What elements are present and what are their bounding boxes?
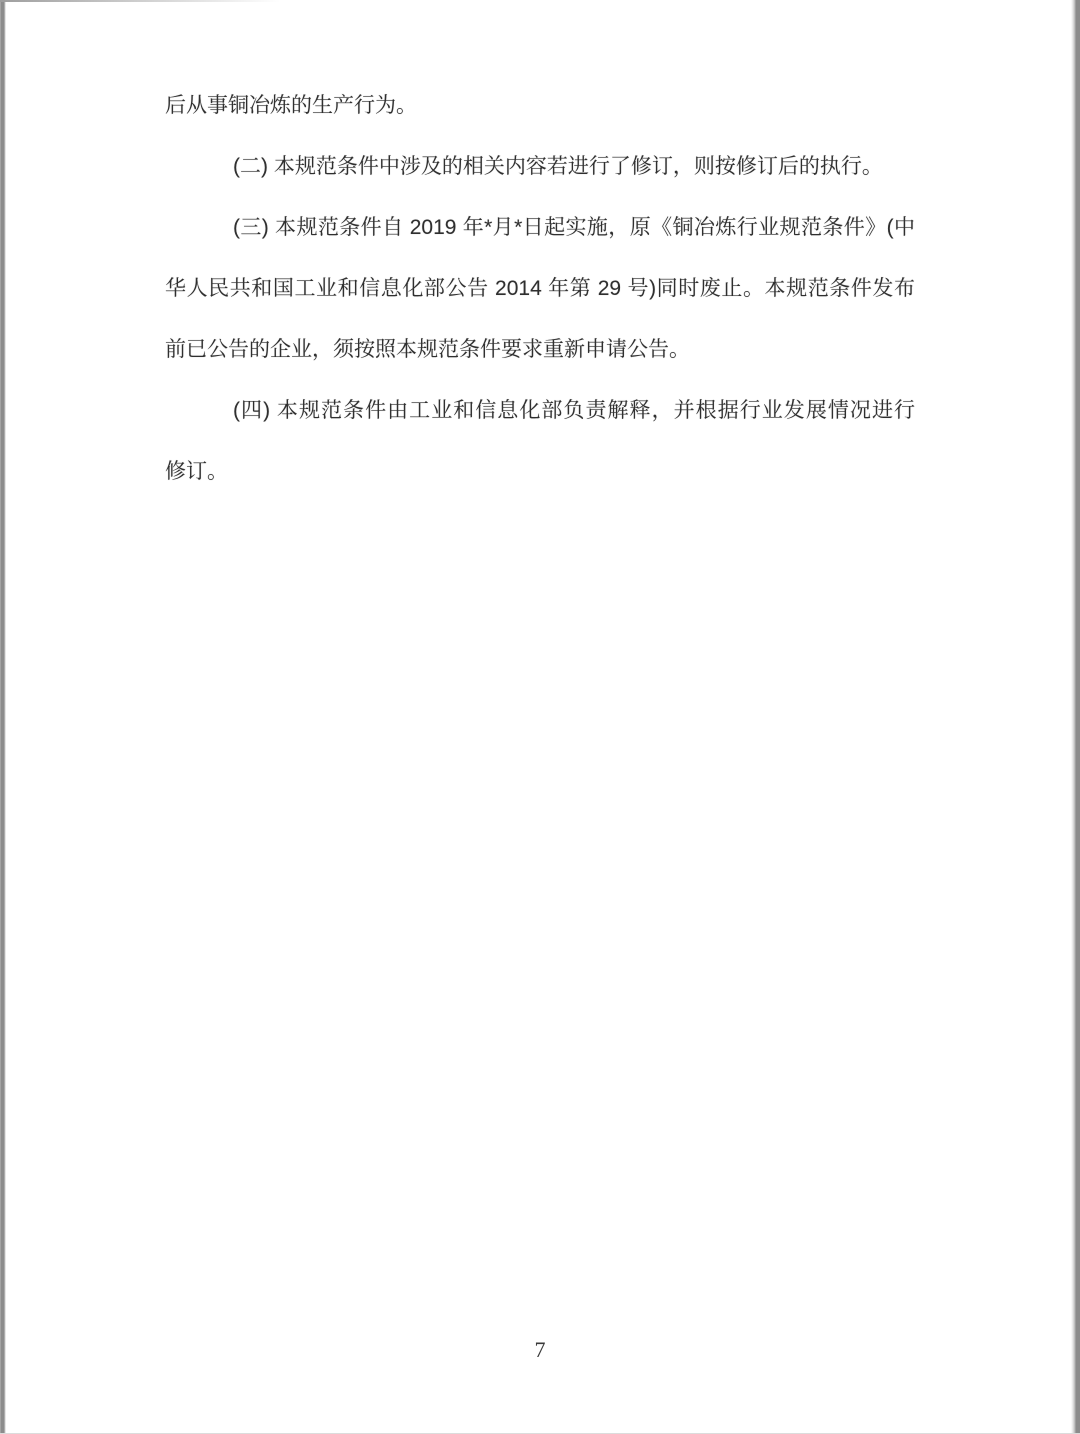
text-line: 前已公告的企业，须按照本规范条件要求重新申请公告。 — [165, 319, 915, 380]
page-edge-left-shadow — [0, 0, 6, 1434]
text-line: (三) 本规范条件自 2019 年*月*日起实施，原《铜冶炼行业规范条件》(中 — [165, 197, 915, 258]
text-line: (四) 本规范条件由工业和信息化部负责解释，并根据行业发展情况进行 — [165, 380, 915, 441]
document-body: 后从事铜冶炼的生产行为。(二) 本规范条件中涉及的相关内容若进行了修订，则按修订… — [165, 75, 915, 502]
text-line: 后从事铜冶炼的生产行为。 — [165, 75, 915, 136]
text-line: 华人民共和国工业和信息化部公告 2014 年第 29 号)同时废止。本规范条件发… — [165, 258, 915, 319]
page-edge-right-shadow — [1071, 0, 1080, 1434]
page-edge-top-shadow — [0, 0, 280, 2]
document-page: 后从事铜冶炼的生产行为。(二) 本规范条件中涉及的相关内容若进行了修订，则按修订… — [0, 0, 1080, 1434]
text-line: 修订。 — [165, 441, 915, 502]
text-line: (二) 本规范条件中涉及的相关内容若进行了修订，则按修订后的执行。 — [165, 136, 915, 197]
page-number: 7 — [0, 1337, 1080, 1363]
